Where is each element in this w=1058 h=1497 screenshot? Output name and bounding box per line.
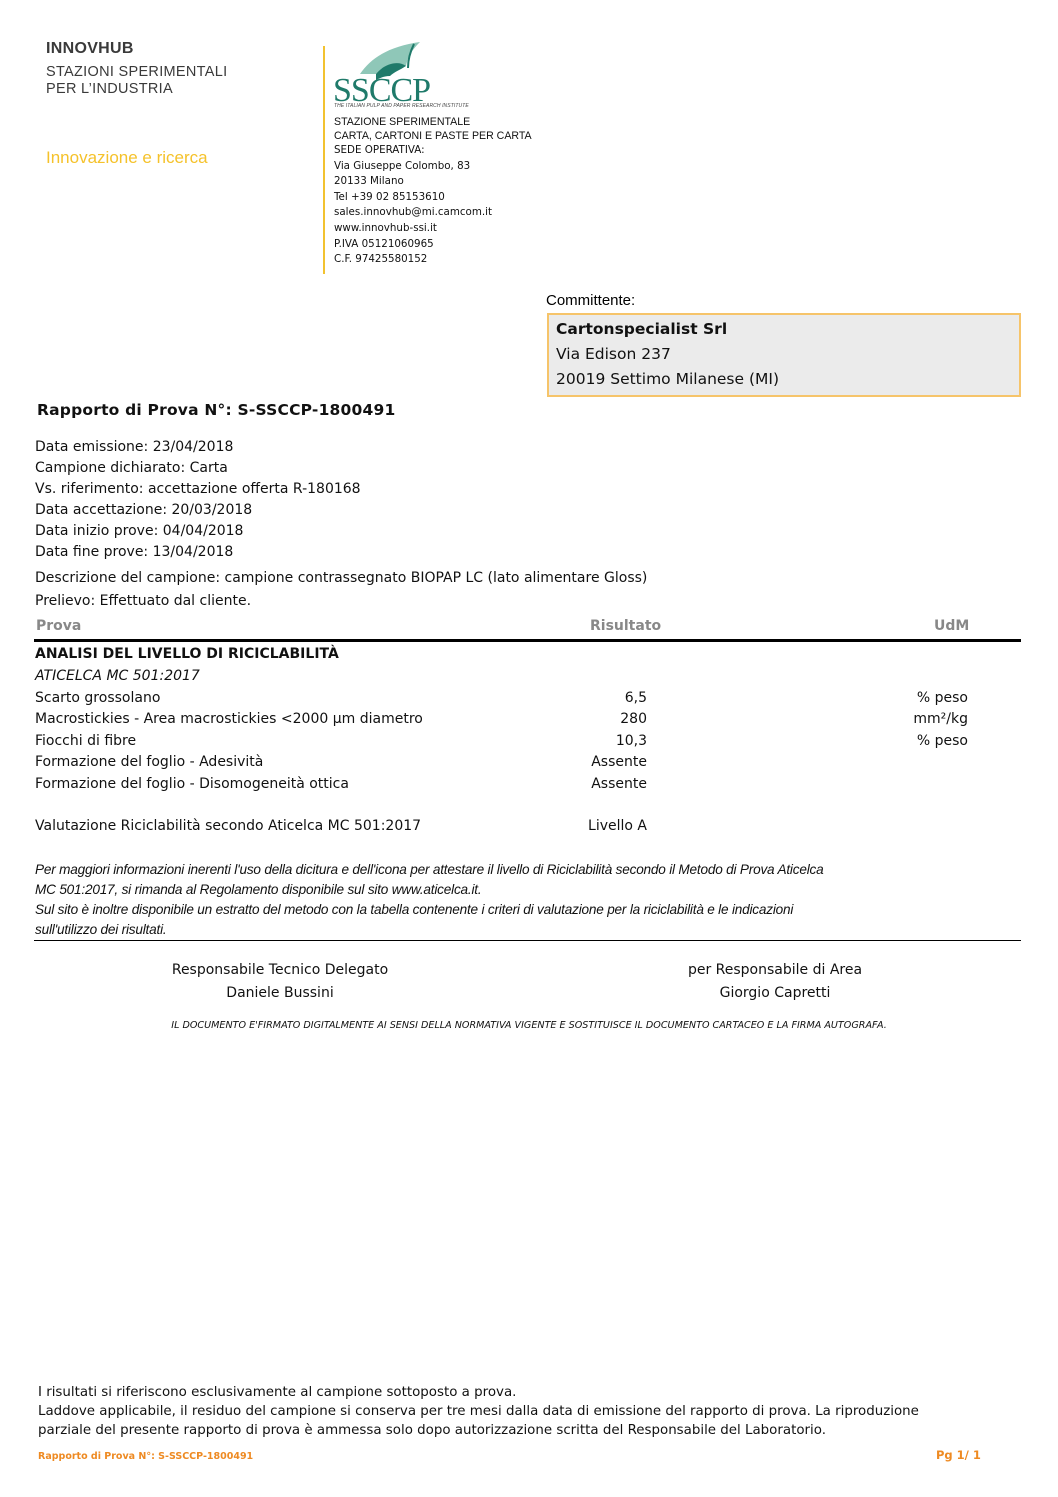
client-name: Cartonspecialist Srl bbox=[556, 320, 727, 338]
sample-description: Descrizione del campione: campione contr… bbox=[35, 570, 647, 586]
page-number: Pg 1/ 1 bbox=[936, 1448, 981, 1462]
note-rule bbox=[34, 940, 1021, 941]
sampling-info: Prelievo: Effettuato dal cliente. bbox=[35, 593, 251, 609]
report-title: Rapporto di Prova N°: S-SSCCP-1800491 bbox=[37, 401, 395, 419]
info-test-start: Data inizio prove: 04/04/2018 bbox=[35, 523, 243, 539]
client-label: Committente: bbox=[546, 292, 635, 309]
table-header-rule bbox=[34, 639, 1021, 642]
method-name: ATICELCA MC 501:2017 bbox=[35, 668, 200, 684]
lab-name: STAZIONE SPERIMENTALE CARTA, CARTONI E P… bbox=[334, 115, 532, 143]
signatory-right-name: Giorgio Capretti bbox=[625, 985, 925, 1001]
lab-details: SEDE OPERATIVA: Via Giuseppe Colombo, 83… bbox=[334, 143, 492, 268]
ssccp-logo-caption: THE ITALIAN PULP AND PAPER RESEARCH INST… bbox=[334, 103, 469, 109]
info-acceptance-date: Data accettazione: 20/03/2018 bbox=[35, 502, 252, 518]
client-box: Cartonspecialist Srl Via Edison 237 2001… bbox=[547, 313, 1021, 397]
client-address: Via Edison 237 bbox=[556, 345, 671, 363]
column-header-test: Prova bbox=[36, 618, 81, 634]
signatory-right-role: per Responsabile di Area bbox=[625, 962, 925, 978]
info-issue-date: Data emissione: 23/04/2018 bbox=[35, 439, 233, 455]
header-divider bbox=[323, 46, 325, 274]
info-test-end: Data fine prove: 13/04/2018 bbox=[35, 544, 233, 560]
footer-disclaimer: I risultati si riferiscono esclusivament… bbox=[38, 1383, 1028, 1440]
org-subtitle-2: PER L’INDUSTRIA bbox=[46, 81, 173, 97]
info-declared-sample: Campione dichiarato: Carta bbox=[35, 460, 228, 476]
column-header-result: Risultato bbox=[590, 618, 661, 634]
footer-report-ref: Rapporto di Prova N°: S-SSCCP-1800491 bbox=[38, 1451, 253, 1462]
column-header-unit: UdM bbox=[934, 618, 969, 634]
signatory-left-role: Responsabile Tecnico Delegato bbox=[130, 962, 430, 978]
org-name: INNOVHUB bbox=[46, 40, 134, 58]
lab-email[interactable]: sales.innovhub@mi.camcom.it bbox=[334, 205, 492, 221]
info-reference: Vs. riferimento: accettazione offerta R-… bbox=[35, 481, 361, 497]
recyclability-note: Per maggiori informazioni inerenti l'uso… bbox=[35, 860, 1025, 940]
org-tagline: Innovazione e ricerca bbox=[46, 148, 208, 168]
digital-signature-notice: IL DOCUMENTO E'FIRMATO DIGITALMENTE AI S… bbox=[34, 1020, 1024, 1031]
lab-website[interactable]: www.innovhub-ssi.it bbox=[334, 221, 492, 237]
org-subtitle-1: STAZIONI SPERIMENTALI bbox=[46, 64, 227, 80]
section-title: ANALISI DEL LIVELLO DI RICICLABILITÀ bbox=[35, 646, 339, 662]
signatory-left-name: Daniele Bussini bbox=[130, 985, 430, 1001]
client-city: 20019 Settimo Milanese (MI) bbox=[556, 370, 779, 388]
